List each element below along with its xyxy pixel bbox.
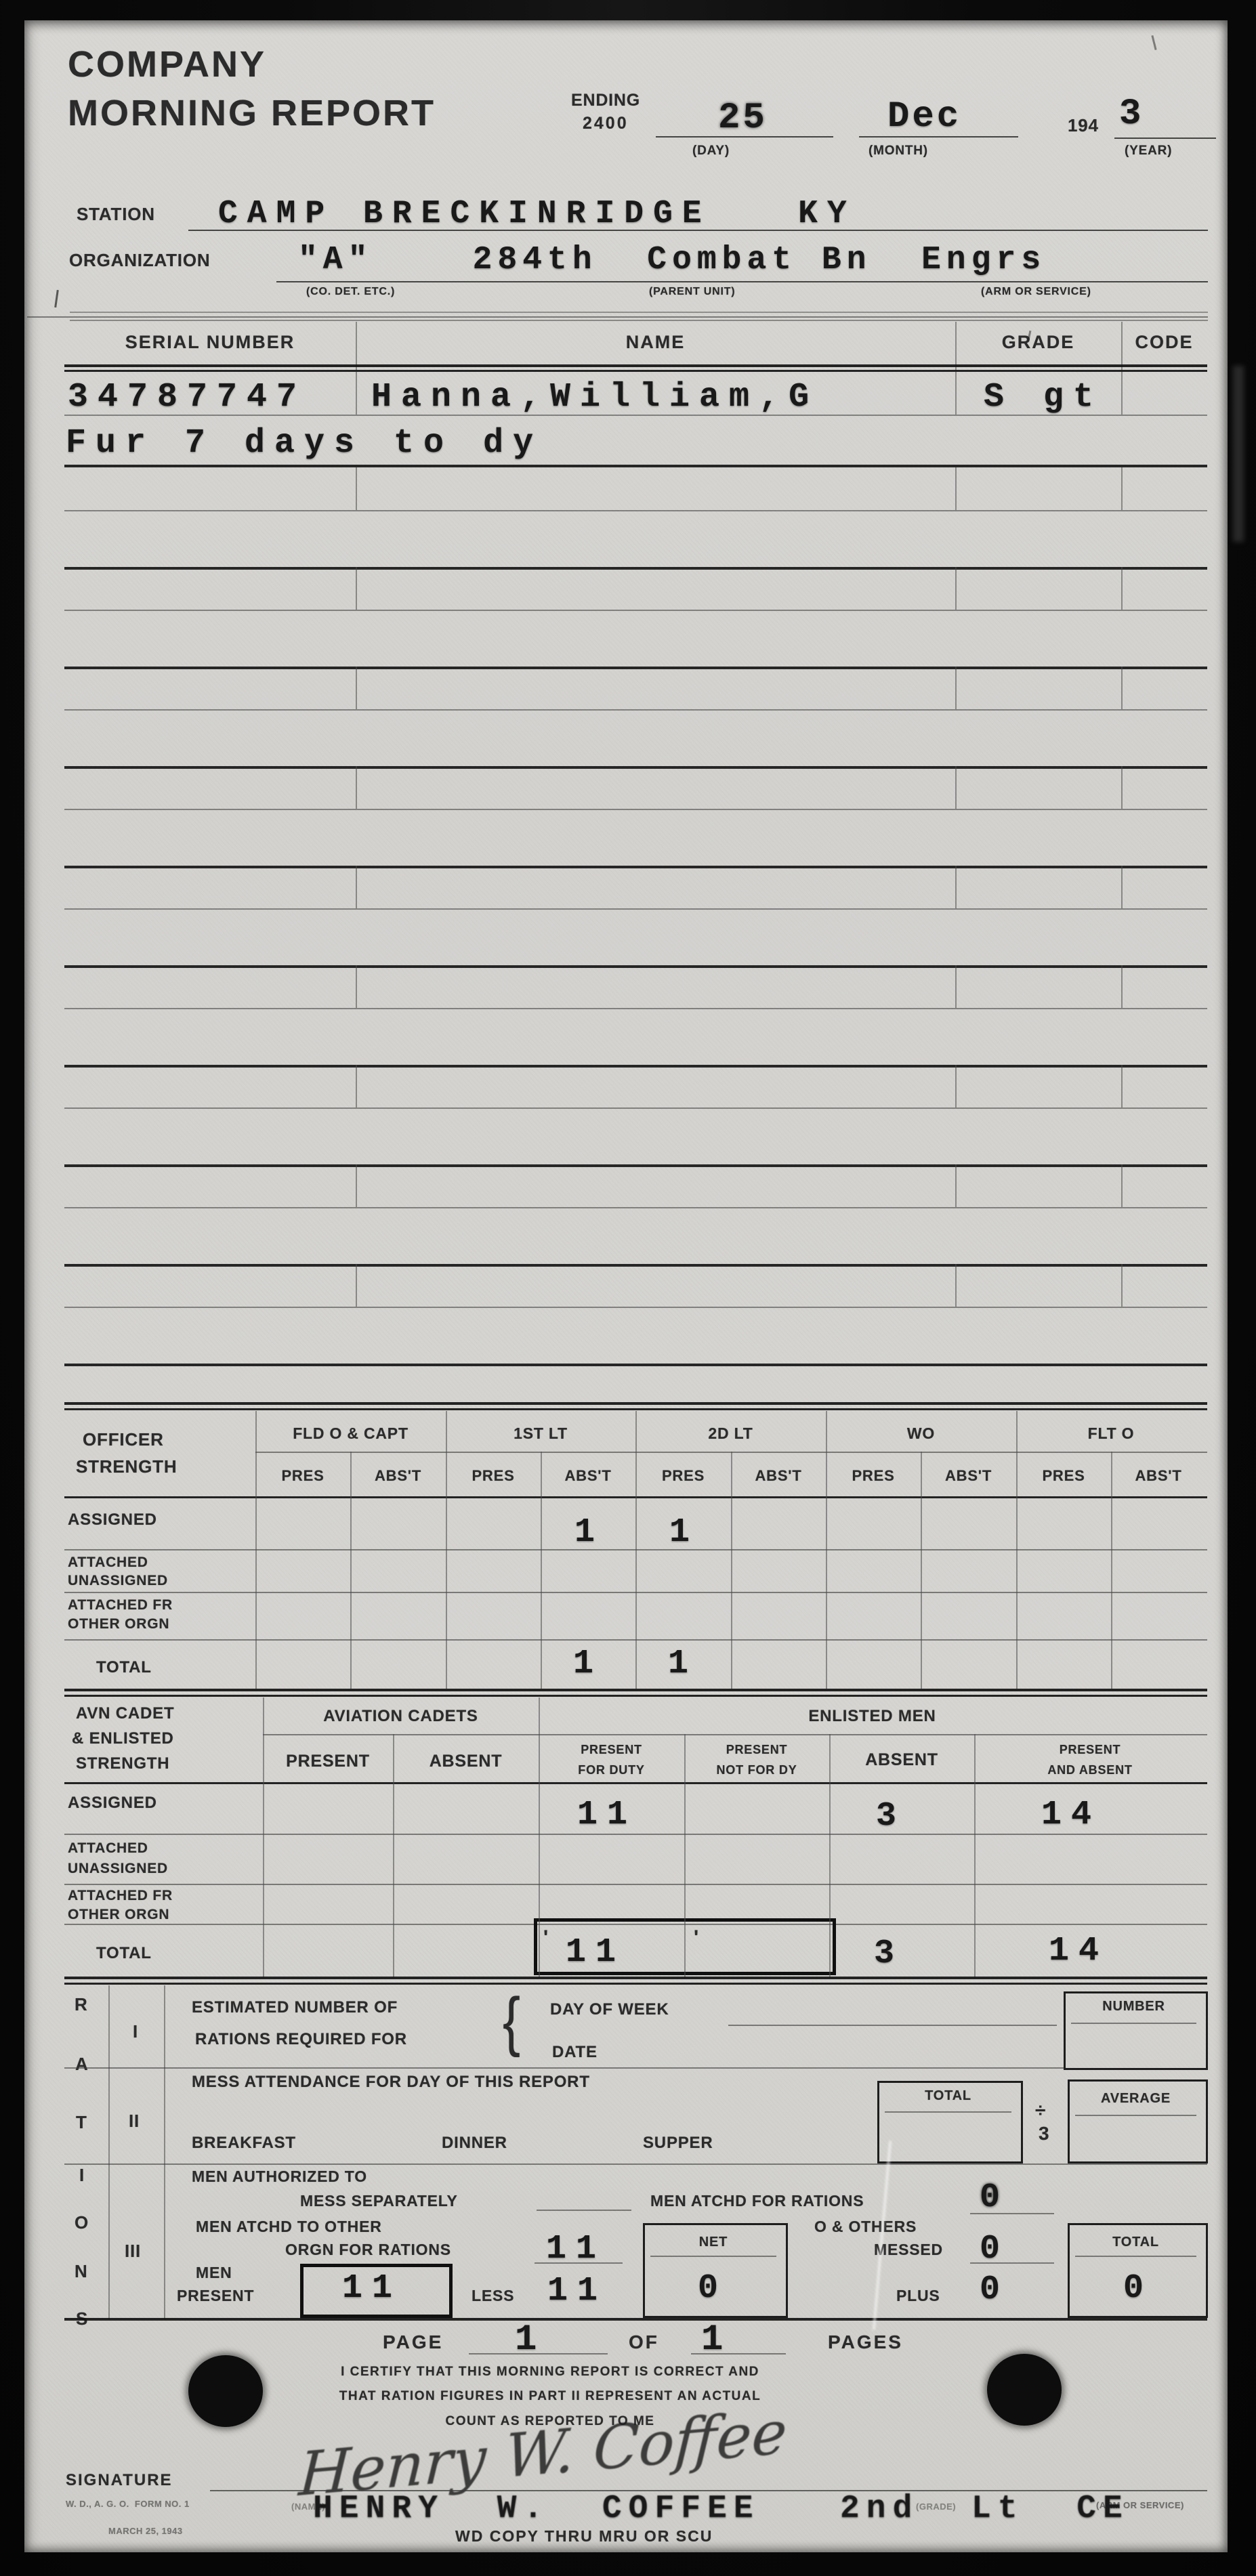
others-messed-label: O & OTHERS: [814, 2219, 917, 2235]
divider: [255, 1411, 257, 1689]
roster-blank-row: [64, 567, 1207, 669]
officer-group-fldo: FLD O & CAPT: [255, 1426, 446, 1441]
rule: [64, 1834, 1207, 1835]
rule: [1114, 138, 1216, 139]
rule: [70, 312, 1208, 313]
rule: [64, 1782, 1207, 1784]
date-field-label: DATE: [552, 2044, 598, 2061]
divider: [829, 1734, 831, 1978]
number-box-label: NUMBER: [1066, 2000, 1202, 2013]
men-present-label2: PRESENT: [177, 2288, 254, 2304]
rule: [70, 320, 1208, 321]
divider: [350, 1452, 352, 1689]
divider: [356, 322, 357, 371]
rule: [64, 364, 1207, 367]
date-month-value: Dec: [887, 99, 961, 135]
men-atchd-rations-label: MEN ATCHD FOR RATIONS: [650, 2193, 864, 2209]
men-atchd-other-value: 11: [546, 2233, 606, 2266]
ending-label: ENDING: [571, 92, 640, 109]
officer-assigned-2dlt-pres: 1: [669, 1516, 699, 1550]
officer-row-attached: ATTACHED: [68, 1555, 148, 1569]
divide-by-three: 3: [1039, 2124, 1049, 2143]
plus-label: PLUS: [896, 2288, 940, 2304]
rule: [64, 1408, 1207, 1410]
officer-strength-label2: STRENGTH: [76, 1458, 177, 1475]
rule: [64, 1402, 1207, 1405]
rations-total-label: TOTAL: [1070, 2235, 1202, 2249]
divider: [164, 1985, 165, 2319]
rations-letter: N: [75, 2262, 88, 2280]
enlisted-row-attachedfr2: OTHER ORGN: [68, 1907, 169, 1922]
breakfast-label: BREAKFAST: [192, 2135, 296, 2151]
form-number-line: W. D., A. G. O. FORM NO. 1: [66, 2499, 190, 2508]
men-present-value: 11: [342, 2272, 402, 2306]
rule: [970, 2262, 1054, 2264]
enlisted-col-abs: ABSENT: [829, 1752, 974, 1769]
rule: [656, 136, 833, 138]
officer-group-flto: FLT O: [1016, 1426, 1206, 1441]
punch-hole-right: [987, 2354, 1062, 2426]
men-atchd-other-label2: ORGN FOR RATIONS: [285, 2242, 451, 2258]
others-messed-label2: MESSED: [874, 2242, 943, 2258]
organization-value: "A" 284th Combat Bn Engrs: [298, 244, 1046, 276]
rations-letter: O: [75, 2214, 89, 2231]
rule: [276, 281, 1208, 282]
enlisted-col-pfd2: FOR DUTY: [539, 1764, 684, 1776]
rations-total-value: 0: [1123, 2272, 1153, 2306]
rule: [691, 2353, 786, 2355]
men-present-label: MEN: [196, 2265, 232, 2281]
divider: [974, 1734, 976, 1978]
men-authorized-label: MEN AUTHORIZED TO: [192, 2169, 367, 2184]
rule: [859, 136, 1018, 138]
officer-subhead-abst: ABS'T: [921, 1469, 1016, 1483]
officer-assigned-1stlt-abst: 1: [574, 1516, 604, 1550]
net-value: 0: [698, 2272, 728, 2306]
enlisted-col-pfd1: PRESENT: [539, 1744, 684, 1756]
rule: [537, 2210, 631, 2211]
enlisted-total-pa: 14: [1049, 1935, 1108, 1968]
station-value: CAMP BRECKINRIDGE KY: [218, 198, 856, 230]
divider: [684, 1734, 686, 1978]
officer-total-1stlt-abst: 1: [573, 1647, 603, 1681]
roster-blank-row: [64, 1065, 1207, 1167]
less-value: 11: [547, 2275, 607, 2308]
page-label: PAGE: [383, 2333, 443, 2352]
rule: [650, 2256, 776, 2257]
roster-blank-row: [64, 467, 1207, 570]
officer-subhead-abst: ABS'T: [541, 1469, 635, 1483]
station-label: STATION: [77, 205, 155, 223]
officer-total-2dlt-pres: 1: [668, 1647, 698, 1681]
enlisted-label2: & ENLISTED: [72, 1731, 174, 1747]
mess-attendance-title: MESS ATTENDANCE FOR DAY OF THIS REPORT: [192, 2074, 590, 2090]
rations-letter: R: [75, 1996, 88, 2013]
scan-edge-smudge: [1233, 366, 1244, 542]
rations-numeral-2: II: [129, 2112, 140, 2130]
divider: [446, 1411, 447, 1689]
pages-label: PAGES: [828, 2333, 903, 2352]
enlisted-col-pnfd2: NOT FOR DY: [684, 1764, 829, 1776]
divider: [1121, 372, 1123, 415]
ending-time: 2400: [583, 115, 629, 132]
rations1-label2: RATIONS REQUIRED FOR: [195, 2031, 407, 2048]
rule: [64, 1983, 1207, 1985]
signature-typed-grade: 2nd Lt CE: [840, 2493, 1129, 2525]
officer-row-assigned: ASSIGNED: [68, 1512, 157, 1528]
plus-value: 0: [980, 2273, 1009, 2307]
officer-group-1stlt: 1ST LT: [446, 1426, 635, 1441]
entry-serial: 34787747: [68, 381, 306, 415]
enlisted-label1: AVN CADET: [76, 1706, 174, 1722]
roster-blank-row: [64, 766, 1207, 868]
entry-remarks: Fur 7 days to dy: [66, 427, 543, 461]
rule: [27, 316, 1208, 318]
net-box-label: NET: [645, 2235, 782, 2249]
officer-group-2dlt: 2D LT: [635, 1426, 826, 1441]
supper-label: SUPPER: [643, 2135, 713, 2151]
enlisted-row-attachedfr: ATTACHED FR: [68, 1888, 173, 1903]
divider: [1016, 1411, 1018, 1689]
enlisted-col-absent: ABSENT: [393, 1753, 539, 1770]
date-day-caption: (DAY): [692, 144, 730, 157]
officer-subhead-pres: PRES: [446, 1469, 541, 1483]
form-date-line: MARCH 25, 1943: [108, 2527, 183, 2535]
enlisted-assigned-pa: 14: [1041, 1798, 1101, 1832]
enlisted-assigned-pfd: 11: [577, 1798, 637, 1832]
enlisted-group-avcadets: AVIATION CADETS: [263, 1708, 539, 1725]
enlisted-total-absent: 3: [874, 1937, 904, 1971]
rule: [64, 2318, 1207, 2321]
rule: [64, 1977, 1207, 1979]
date-year-caption: (YEAR): [1125, 144, 1172, 157]
divider: [1121, 322, 1123, 371]
year-prefix: 194: [1068, 117, 1099, 134]
enlisted-col-pnfd1: PRESENT: [684, 1744, 829, 1756]
others-messed-value: 0: [980, 2233, 1009, 2266]
date-month-caption: (MONTH): [868, 144, 928, 157]
officer-row-attached2: UNASSIGNED: [68, 1574, 168, 1588]
rations-numeral-1: I: [133, 2023, 138, 2040]
date-year-value: 3: [1119, 96, 1144, 133]
scanned-morning-report: COMPANY MORNING REPORT ENDING 2400 25 (D…: [0, 0, 1256, 2576]
org-sub-parent: (PARENT UNIT): [649, 287, 735, 297]
enlisted-row-assigned: ASSIGNED: [68, 1795, 157, 1811]
rations-letter: A: [75, 2055, 89, 2073]
roster-col-name: NAME: [356, 333, 955, 352]
average-box-label: AVERAGE: [1070, 2092, 1202, 2105]
divider: [955, 322, 957, 371]
page-title: COMPANY: [68, 46, 266, 83]
enlisted-col-pa2: AND ABSENT: [974, 1764, 1206, 1776]
rule: [535, 2262, 623, 2264]
divider: [393, 1734, 394, 1978]
divider: [263, 1697, 264, 1978]
enlisted-row-attached2: UNASSIGNED: [68, 1861, 168, 1876]
organization-label: ORGANIZATION: [69, 251, 210, 269]
rations-letter: I: [79, 2166, 85, 2184]
divide-sign: ÷: [1035, 2101, 1046, 2120]
officer-subhead-pres: PRES: [255, 1469, 350, 1483]
divider: [826, 1411, 827, 1689]
rule: [263, 1734, 1207, 1735]
enlisted-row-attached: ATTACHED: [68, 1841, 148, 1855]
less-label: LESS: [472, 2288, 514, 2304]
wd-copy-line: WD COPY THRU MRU OR SCU: [455, 2529, 713, 2544]
officer-subhead-pres: PRES: [1016, 1469, 1111, 1483]
divider: [539, 1697, 540, 1978]
of-label: OF: [629, 2333, 659, 2352]
mess-separately-label: MESS SEPARATELY: [300, 2193, 458, 2209]
signature-typed-name: HENRY W. COFFEE: [313, 2493, 760, 2525]
officer-subhead-abst: ABS'T: [1111, 1469, 1206, 1483]
divider: [108, 1985, 110, 2319]
divider: [731, 1452, 732, 1689]
roster-blank-row: [64, 667, 1207, 769]
rule: [1075, 2115, 1196, 2116]
cert-line2: THAT RATION FIGURES IN PART II REPRESENT…: [177, 2390, 923, 2403]
enlisted-group-enlistedmen: ENLISTED MEN: [539, 1708, 1206, 1725]
officer-group-wo: WO: [826, 1426, 1016, 1441]
divider: [955, 372, 957, 415]
rule: [728, 2025, 1057, 2026]
rule: [885, 2111, 1011, 2113]
roster-col-code: CODE: [1121, 333, 1207, 352]
enlisted-col-present: PRESENT: [263, 1753, 393, 1770]
rule: [1075, 2256, 1196, 2257]
roster-col-serial: SERIAL NUMBER: [64, 333, 356, 352]
enlisted-label3: STRENGTH: [76, 1756, 169, 1772]
roster-blank-row: [64, 866, 1207, 968]
org-sub-co: (CO. DET. ETC.): [306, 287, 395, 297]
brace-glyph: {: [503, 1987, 521, 2054]
officer-subhead-pres: PRES: [826, 1469, 921, 1483]
enlisted-col-pa1: PRESENT: [974, 1744, 1206, 1756]
rule: [64, 1695, 1207, 1697]
rule: [188, 230, 1208, 231]
officer-subhead-pres: PRES: [635, 1469, 731, 1483]
divider: [356, 372, 357, 415]
divider: [541, 1452, 542, 1689]
roster-col-grade: GRADE: [955, 333, 1121, 352]
officer-subhead-abst: ABS'T: [350, 1469, 446, 1483]
enlisted-assigned-absent: 3: [876, 1800, 906, 1834]
divider: [1111, 1452, 1112, 1689]
rule: [64, 1884, 1207, 1885]
rule: [64, 2067, 1064, 2069]
signature-label: SIGNATURE: [66, 2472, 173, 2489]
officer-row-attachedfr2: OTHER ORGN: [68, 1617, 169, 1631]
rule: [64, 2163, 1207, 2165]
dinner-label: DINNER: [442, 2135, 507, 2151]
officer-subhead-abst: ABS'T: [731, 1469, 826, 1483]
officer-strength-label: OFFICER: [83, 1431, 164, 1448]
rule: [1071, 2023, 1196, 2024]
org-sub-arm: (ARM OR SERVICE): [981, 287, 1091, 297]
cert-line1: I CERTIFY THAT THIS MORNING REPORT IS CO…: [177, 2365, 923, 2378]
enlisted-row-total: TOTAL: [96, 1945, 152, 1962]
rule: [469, 2353, 608, 2355]
roster-blank-row: [64, 965, 1207, 1068]
rations1-label1: ESTIMATED NUMBER OF: [192, 2000, 398, 2016]
roster-blank-row: [64, 1164, 1207, 1267]
entry-name: Hanna,William,G: [371, 381, 818, 415]
roster-blank-row: [64, 1264, 1207, 1366]
divider: [635, 1411, 637, 1689]
officer-row-total: TOTAL: [96, 1660, 152, 1676]
rule: [970, 2213, 1054, 2214]
rations-numeral-3: III: [125, 2242, 141, 2260]
rule: [64, 1689, 1207, 1691]
men-atchd-rations-value: 0: [980, 2181, 1009, 2215]
mess-total-label: TOTAL: [879, 2089, 1017, 2103]
punch-hole-left: [188, 2355, 263, 2427]
officer-row-attachedfr: ATTACHED FR: [68, 1598, 173, 1612]
men-atchd-other-label: MEN ATCHD TO OTHER: [196, 2219, 382, 2235]
day-of-week-label: DAY OF WEEK: [550, 2002, 669, 2018]
rations-letter: T: [76, 2113, 87, 2131]
entry-grade: S gt: [984, 381, 1103, 415]
page-title-line2: MORNING REPORT: [68, 95, 436, 131]
divider: [921, 1452, 922, 1689]
date-day-value: 25: [718, 100, 768, 137]
